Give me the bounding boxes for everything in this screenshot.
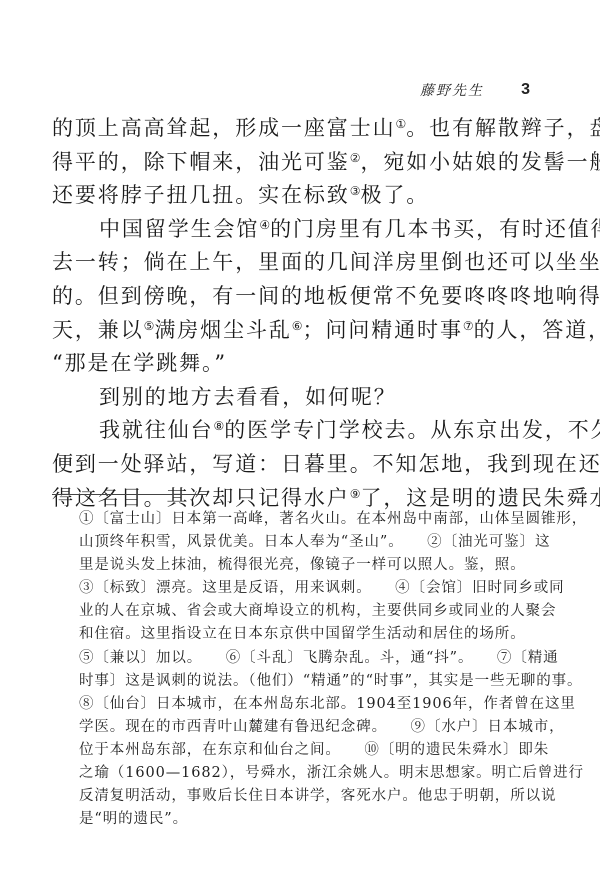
body-text-segment: 的顶上高高耸起，形成一座富士山 (52, 116, 396, 140)
body-text-line: 的顶上高高耸起，形成一座富士山①。也有解散辫子，盘 (52, 112, 524, 146)
body-text-segment: 。也有解散辫子，盘 (406, 116, 600, 140)
body-text-segment: 便到一处驿站，写道：日暮里。不知怎地，我到现在还记 (52, 452, 600, 476)
body-text-segment: ，宛如小姑娘的发髻一般， (360, 150, 600, 174)
body-text-segment: 还要将脖子扭几扭。实在标致 (52, 183, 350, 207)
body-text-line: 到别的地方去看看，如何呢？ (52, 381, 524, 415)
footnote-line: ⑤〔兼以〕加以。 ⑥〔斗乱〕飞腾杂乱。斗，通“抖”。 ⑦〔精通 (79, 647, 524, 670)
body-text-segment: 的人，答道， (474, 318, 600, 342)
footnote-line: 和住宿。这里指设立在日本东京供中国留学生活动和居住的场所。 (79, 623, 524, 646)
body-text-line: 天，兼以⑤满房烟尘斗乱⑥；问问精通时事⑦的人，答道， (52, 314, 524, 348)
footnote-reference: ⑦ (463, 319, 474, 333)
footnote-line: ③〔标致〕漂亮。这里是反语，用来讽刺。 ④〔会馆〕旧时同乡或同 (79, 577, 524, 600)
footnote-line: 业的人在京城、省会或大商埠设立的机构，主要供同乡或同业的人聚会 (79, 600, 524, 623)
footnote-line: 反清复明活动，事败后长住日本讲学，客死水户。他忠于明朝，所以说 (79, 785, 524, 808)
body-text-segment: 中国留学生会馆 (99, 217, 259, 241)
footnote-line: ⑧〔仙台〕日本城市，在本州岛东北部。1904至1906年，作者曾在这里 (79, 693, 524, 716)
footnote-reference: ⑨ (350, 487, 361, 501)
footnote-reference: ④ (259, 218, 270, 232)
body-text-segment: 极了。 (360, 183, 429, 207)
body-text-segment: 的门房里有几本书买，有时还值得 (270, 217, 600, 241)
footnote-line: 时事〕这是讽刺的说法。（他们）“精通”的“时事”，其实是一些无聊的事。 (79, 670, 524, 693)
footnote-line: 位于本州岛东部，在东京和仙台之间。 ⑩〔明的遗民朱舜水〕即朱 (79, 739, 524, 762)
body-text-segment: 了，这是明的遗民朱舜水 (360, 486, 600, 510)
body-text-segment: 到别的地方去看看，如何呢？ (99, 385, 397, 409)
body-text-line: “那是在学跳舞。” (52, 347, 524, 381)
body-text-segment: “那是在学跳舞。” (52, 351, 227, 375)
footnote-reference: ① (396, 117, 407, 131)
footnotes: ①〔富士山〕日本第一高峰，著名火山。在本州岛中南部，山体呈圆锥形，山顶终年积雪，… (79, 508, 524, 831)
footnote-reference: ⑥ (292, 319, 303, 333)
body-text-line: 中国留学生会馆④的门房里有几本书买，有时还值得 (52, 213, 524, 247)
footnote-line: 学医。现在的市西青叶山麓建有鲁迅纪念碑。 ⑨〔水户〕日本城市， (79, 716, 524, 739)
body-text-segment: 去一转；倘在上午，里面的几间洋房里倒也还可以坐坐 (52, 250, 600, 274)
body-text-segment: 的医学专门学校去。从东京出发，不久 (224, 418, 600, 442)
running-header: 藤野先生 3 (420, 78, 530, 102)
body-text-line: 得平的，除下帽来，油光可鉴②，宛如小姑娘的发髻一般， (52, 146, 524, 180)
footnote-divider (52, 494, 208, 495)
footnote-line: 里是说头发上抹油，梳得很光亮，像镜子一样可以照人。鉴，照。 (79, 554, 524, 577)
footnote-reference: ③ (350, 184, 361, 198)
footnote-reference: ⑤ (144, 319, 155, 333)
footnote-line: ①〔富士山〕日本第一高峰，著名火山。在本州岛中南部，山体呈圆锥形， (79, 508, 524, 531)
footnote-line: 之瑜（1600—1682），号舜水，浙江余姚人。明末思想家。明亡后曾进行 (79, 762, 524, 785)
body-text-line: 还要将脖子扭几扭。实在标致③极了。 (52, 179, 524, 213)
body-text-segment: 得这名目。其次却只记得水户 (52, 486, 350, 510)
body-text-segment: 满房烟尘斗乱 (154, 318, 291, 342)
body-text-segment: 天，兼以 (52, 318, 144, 342)
page-number: 3 (521, 81, 530, 99)
footnote-reference: ② (350, 151, 361, 165)
body-text-segment: 的。但到傍晚，有一间的地板便常不免要咚咚咚地响得震 (52, 284, 600, 308)
body-text-segment: 我就往仙台 (99, 418, 214, 442)
body-text-line: 去一转；倘在上午，里面的几间洋房里倒也还可以坐坐 (52, 246, 524, 280)
running-title: 藤野先生 (420, 80, 484, 100)
body-text-line: 我就往仙台⑧的医学专门学校去。从东京出发，不久 (52, 414, 524, 448)
footnote-reference: ⑧ (214, 419, 225, 433)
body-text-segment: 得平的，除下帽来，油光可鉴 (52, 150, 350, 174)
main-text: 的顶上高高耸起，形成一座富士山①。也有解散辫子，盘得平的，除下帽来，油光可鉴②，… (52, 112, 524, 515)
footnote-line: 山顶终年积雪，风景优美。日本人奉为“圣山”。 ②〔油光可鉴〕这 (79, 531, 524, 554)
body-text-line: 的。但到傍晚，有一间的地板便常不免要咚咚咚地响得震 (52, 280, 524, 314)
footnote-line: 是“明的遗民”。 (79, 808, 524, 831)
body-text-segment: ；问问精通时事 (303, 318, 463, 342)
body-text-line: 便到一处驿站，写道：日暮里。不知怎地，我到现在还记 (52, 448, 524, 482)
